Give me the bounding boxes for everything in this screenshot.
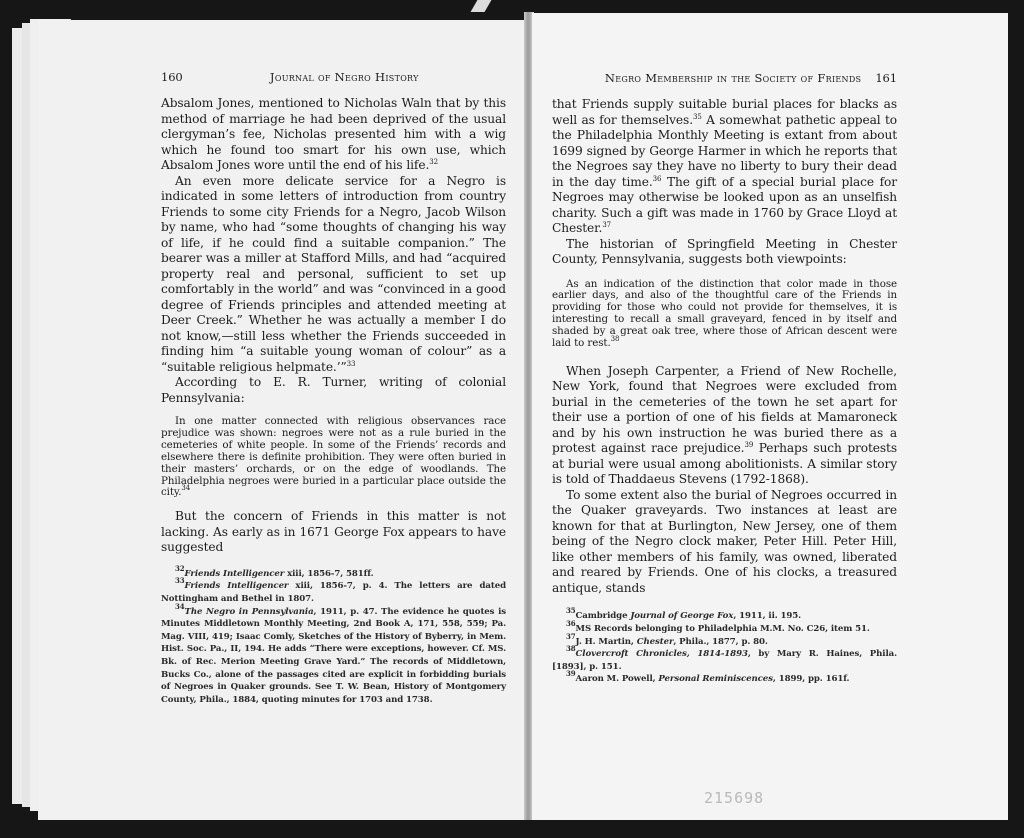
footnotes: 35Cambridge Journal of George Fox, 1911,… (552, 610, 897, 686)
footnote: 32Friends Intelligencer xiii, 1856-7, 58… (161, 568, 506, 581)
footnote-title: Journal of George Fox (630, 611, 733, 621)
paragraph: that Friends supply suitable burial plac… (552, 97, 897, 237)
left-page: 160 Journal of Negro History Absalom Jon… (38, 20, 526, 820)
paragraph: According to E. R. Turner, writing of co… (161, 375, 506, 406)
footnote-text: Cambridge (576, 611, 631, 621)
footnote-ref[interactable]: 37 (602, 221, 611, 229)
paragraph: An even more delicate service for a Negr… (161, 174, 506, 376)
footnote-text: Aaron M. Powell, (576, 674, 659, 684)
footnote-number: 34 (175, 602, 185, 611)
footnote-title: The Negro in Pennsylvania (185, 607, 314, 617)
footnote-title: Friends Intelligencer (185, 569, 285, 579)
binding-clip (471, 0, 492, 12)
footnote-number: 33 (175, 576, 185, 585)
footnote-text: , 1911, ii. 195. (733, 611, 801, 621)
page-number: 160 (161, 70, 183, 86)
footnote-number: 37 (566, 632, 576, 641)
footnote-text: , Phila., 1877, p. 80. (673, 637, 767, 647)
left-text-column: 160 Journal of Negro History Absalom Jon… (161, 70, 506, 706)
right-text-column: Negro Membership in the Society of Frien… (552, 71, 897, 686)
left-running-head: 160 Journal of Negro History (161, 70, 506, 86)
block-quote-text: In one matter connected with religious o… (161, 415, 506, 498)
paragraph: Absalom Jones, mentioned to Nicholas Wal… (161, 96, 506, 174)
footnote-text: , 1899, pp. 161f. (773, 674, 850, 684)
footnote: 35Cambridge Journal of George Fox, 1911,… (552, 610, 897, 623)
page-number: 161 (875, 71, 897, 87)
footnote-text: , 1911, p. 47. The evidence he quotes is… (161, 607, 506, 705)
paragraph: To some extent also the burial of Negroe… (552, 488, 897, 597)
paragraph: When Joseph Carpenter, a Friend of New R… (552, 364, 897, 488)
footnote-title: Personal Reminiscences (658, 674, 772, 684)
footnote-ref[interactable]: 38 (611, 335, 620, 343)
footnote-text: MS Records belonging to Philadelphia M.M… (576, 624, 870, 634)
footnote-number: 38 (566, 644, 576, 653)
block-quote: In one matter connected with religious o… (161, 416, 506, 499)
library-stamp-number: 215698 (704, 789, 764, 807)
footnote-number: 32 (175, 564, 185, 573)
block-quote: As an indication of the distinction that… (552, 279, 897, 350)
footnote-ref[interactable]: 39 (744, 441, 753, 449)
paragraph-text: An even more delicate service for a Negr… (161, 174, 506, 374)
footnote-text: xiii, 1856-7, 581ff. (284, 569, 373, 579)
paragraph: But the concern of Friends in this matte… (161, 509, 506, 556)
footnote-ref[interactable]: 33 (347, 360, 356, 368)
footnote-number: 39 (566, 669, 576, 678)
paragraph-text: Absalom Jones, mentioned to Nicholas Wal… (161, 96, 506, 172)
footnote: 34The Negro in Pennsylvania, 1911, p. 47… (161, 606, 506, 707)
footnote-ref[interactable]: 34 (181, 484, 190, 492)
block-quote-text: As an indication of the distinction that… (552, 278, 897, 350)
footnote-title: Chester (637, 637, 674, 647)
footnote-ref[interactable]: 32 (429, 158, 438, 166)
footnote-number: 35 (566, 606, 576, 615)
footnote: 36MS Records belonging to Philadelphia M… (552, 623, 897, 636)
footnote-ref[interactable]: 35 (693, 113, 702, 121)
footnote-number: 36 (566, 619, 576, 628)
paragraph: The historian of Springfield Meeting in … (552, 237, 897, 268)
footnote-title: Clovercroft Chronicles, 1814-1893 (576, 649, 748, 659)
article-title: Negro Membership in the Society of Frien… (552, 71, 861, 87)
right-running-head: Negro Membership in the Society of Frien… (552, 71, 897, 87)
footnote: 33Friends Intelligencer xiii, 1856-7, p.… (161, 580, 506, 605)
footnotes: 32Friends Intelligencer xiii, 1856-7, 58… (161, 568, 506, 707)
footnote: 38Clovercroft Chronicles, 1814-1893, by … (552, 648, 897, 673)
footnote: 37J. H. Martin, Chester, Phila., 1877, p… (552, 636, 897, 649)
journal-title: Journal of Negro History (183, 70, 506, 86)
footnote-title: Friends Intelligencer (185, 581, 289, 591)
footnote-text: J. H. Martin, (576, 637, 637, 647)
footnote: 39Aaron M. Powell, Personal Reminiscence… (552, 673, 897, 686)
right-page: Negro Membership in the Society of Frien… (532, 13, 1008, 820)
